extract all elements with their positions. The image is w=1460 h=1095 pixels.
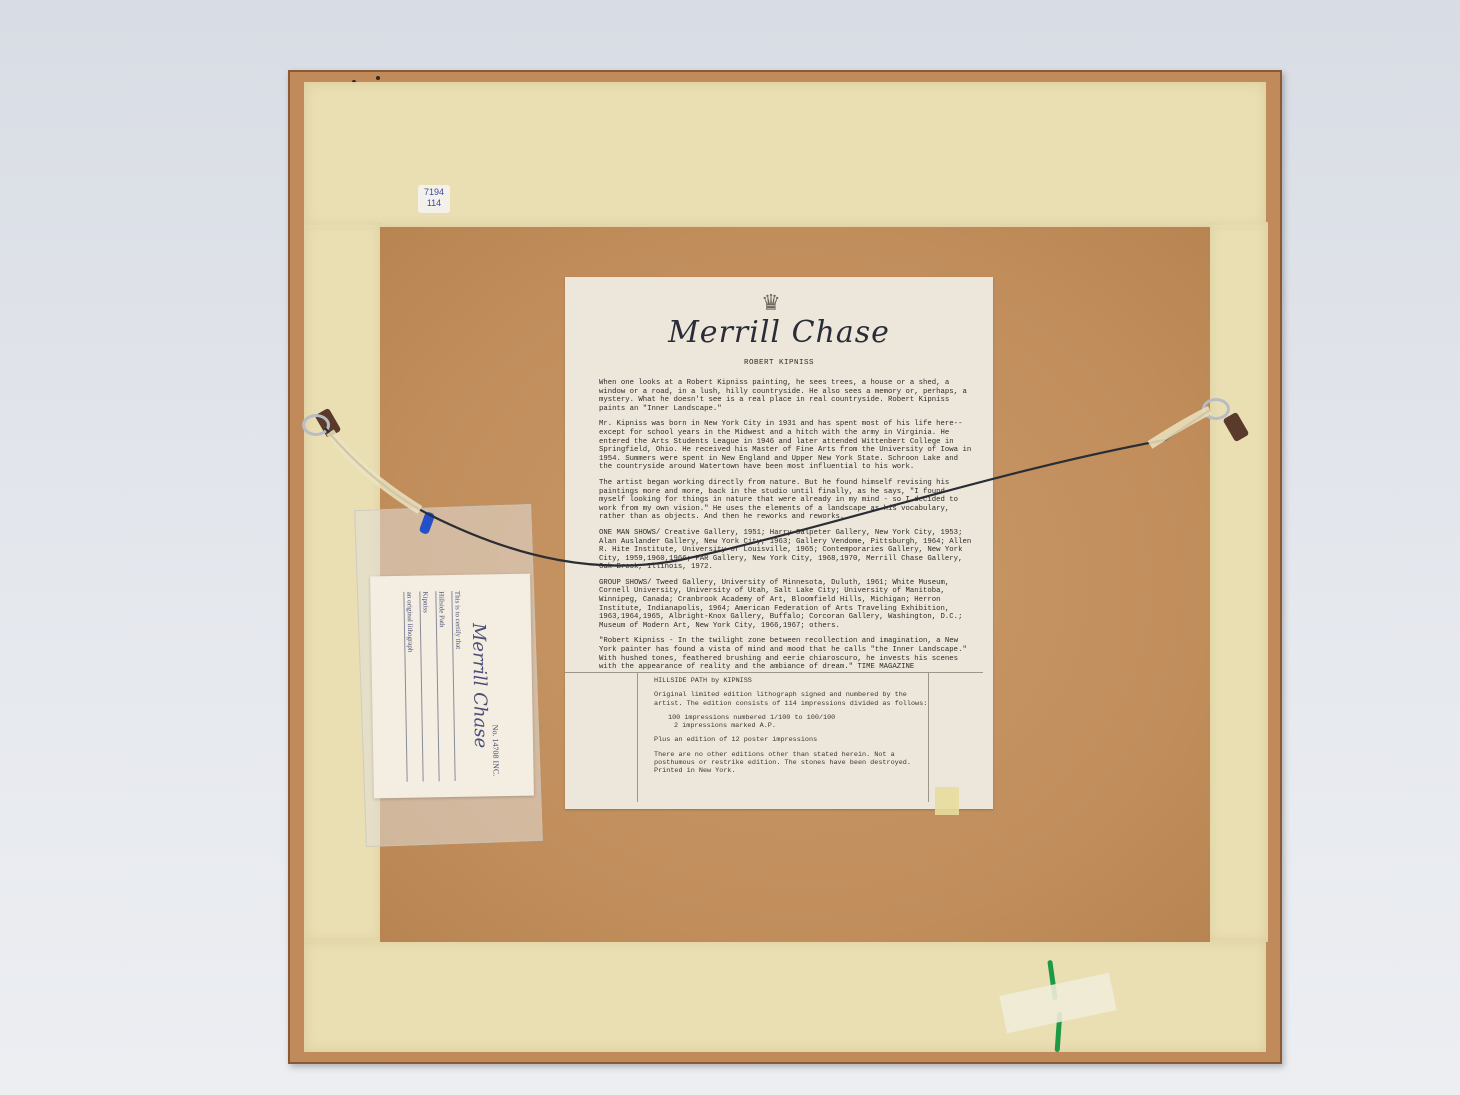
hanging-wire <box>0 0 1460 1095</box>
